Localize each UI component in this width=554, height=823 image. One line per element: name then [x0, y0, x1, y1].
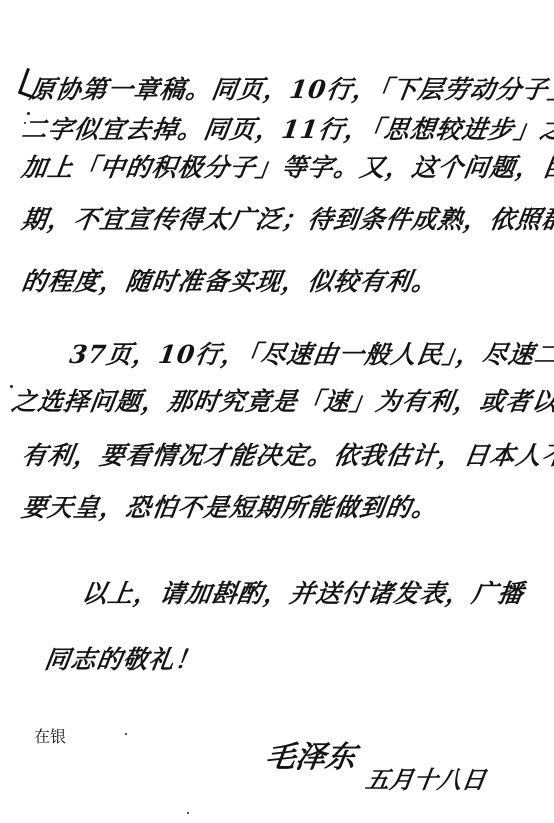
letter-line-1: 原协第一章稿。同页，10行，「下层劳动分子」，下层 — [27, 70, 554, 106]
scan-speck — [187, 812, 189, 814]
letter-line-5: 的程度，随时准备实现，似较有利。 — [19, 262, 440, 298]
letter-line-4: 期，不宜宣传得太广泛；待到条件成熟，依照群众发动 — [19, 200, 554, 236]
letter-line-2: 二字似宜去掉。同页，11行，「思想较进步」之下，似宜 — [19, 110, 554, 146]
date: 五月十八日 — [364, 760, 489, 795]
letter-line-10: 以上，请加斟酌，并送付诸发表，广播 — [79, 574, 526, 610]
letter-line-3: 加上「中的积极分子」等字。又，这个问题，目前宣传时 — [19, 148, 554, 184]
scan-speck — [125, 733, 127, 735]
margin-note: 在银 — [34, 724, 66, 747]
letter-line-7: 之选择问题，那时究竟是「速」为有利，或者以「缓」为 — [9, 382, 554, 418]
letter-line-6: 37页，10行，「尽速由一般人民」，尽速二字似可斟 — [67, 335, 554, 371]
scan-speck — [10, 385, 13, 388]
letter-line-8: 有利，要看情况才能决定。依我估计，日本人不 — [19, 436, 554, 472]
letter-line-9: 要天皇，恐怕不是短期所能做到的。 — [19, 488, 440, 524]
scan-speck — [24, 122, 26, 124]
letter-line-11: 同志的敬礼！ — [42, 640, 203, 676]
signature: 毛泽东 — [263, 732, 359, 776]
scanned-letter-page: 原协第一章稿。同页，10行，「下层劳动分子」，下层 二字似宜去掉。同页，11行，… — [0, 0, 554, 823]
scan-speck — [27, 112, 30, 115]
